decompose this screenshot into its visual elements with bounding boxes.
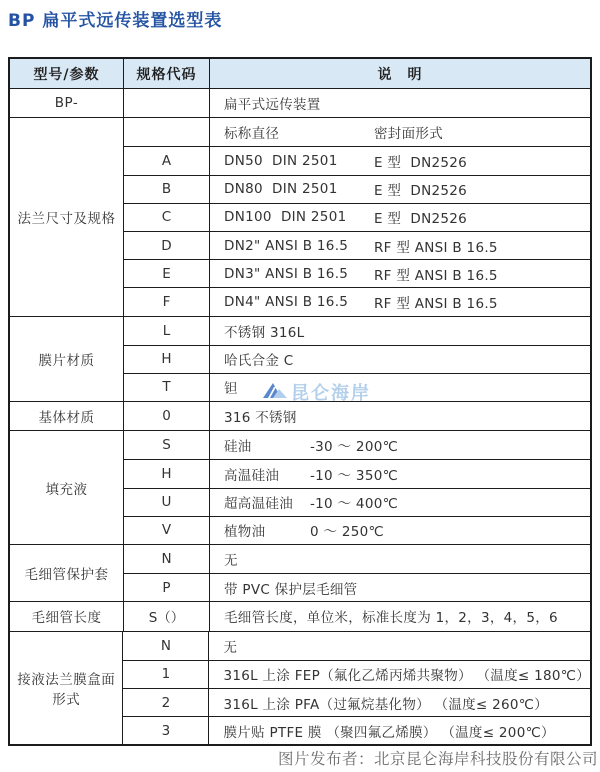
description-primary: DN80 DIN 2501 <box>224 181 374 197</box>
spec-code-cell: V <box>124 517 210 544</box>
col-header-description: 说 明 <box>210 59 590 88</box>
description-cell: 无 <box>210 545 590 573</box>
table-row: ADN50 DIN 2501E 型 DN2526 <box>124 146 590 174</box>
col-header-model-param: 型号/参数 <box>10 59 124 88</box>
spec-code-cell: P <box>124 574 210 601</box>
description-primary: 硅油 <box>224 435 310 455</box>
description-primary: DN2" ANSI B 16.5 <box>224 238 374 254</box>
table-row: H哈氏合金 C <box>124 345 590 373</box>
table-row: L不锈钢 316L <box>124 317 590 345</box>
description-primary: 毛细管长度，单位米，标准长度为 1，2，3，4，5，6 <box>224 606 558 626</box>
description-cell: 高温硅油-10 ～ 350℃ <box>210 460 590 487</box>
description-primary: DN50 DIN 2501 <box>224 153 374 169</box>
param-label: 法兰尺寸及规格 <box>10 118 124 315</box>
param-group-length: 毛细管长度S（）毛细管长度，单位米，标准长度为 1，2，3，4，5，6 <box>10 601 590 630</box>
description-primary: DN3" ANSI B 16.5 <box>224 266 374 282</box>
description-secondary: E 型 DN2526 <box>374 207 467 227</box>
table-row: H高温硅油-10 ～ 350℃ <box>124 459 590 487</box>
table-row: P带 PVC 保护层毛细管 <box>124 573 590 601</box>
spec-code-cell: E <box>124 260 210 287</box>
description-cell: DN3" ANSI B 16.5RF 型 ANSI B 16.5 <box>210 260 590 287</box>
group-rows: 0316 不锈钢 <box>124 402 590 430</box>
description-secondary: RF 型 ANSI B 16.5 <box>374 264 498 284</box>
group-rows: N无1316L 上涂 FEP（氟化乙烯丙烯共聚物） （温度≤ 180℃）2316… <box>123 632 590 745</box>
description-primary: 膜片贴 PTFE 膜 （聚四氟乙烯膜） （温度≤ 200℃） <box>223 721 554 741</box>
description-primary: 哈氏合金 C <box>224 349 294 369</box>
param-label: 膜片材质 <box>10 317 124 402</box>
spec-code-cell: L <box>124 317 210 345</box>
group-rows: 标称直径密封面形式ADN50 DIN 2501E 型 DN2526BDN80 D… <box>124 118 590 315</box>
spec-code-cell <box>124 89 210 117</box>
description-cell: 316L 上涂 PFA（过氟烷基化物） （温度≤ 260℃） <box>209 689 590 716</box>
group-rows: S（）毛细管长度，单位米，标准长度为 1，2，3，4，5，6 <box>124 602 590 630</box>
description-secondary: -10 ～ 400℃ <box>310 492 398 512</box>
param-label: BP- <box>10 89 124 117</box>
description-primary: 钽 <box>224 377 238 397</box>
description-cell: DN4" ANSI B 16.5RF 型 ANSI B 16.5 <box>210 288 590 315</box>
spec-code-cell: N <box>123 632 209 660</box>
description-secondary: -30 ～ 200℃ <box>310 435 398 455</box>
description-cell: DN50 DIN 2501E 型 DN2526 <box>210 147 590 174</box>
description-primary: 316 不锈钢 <box>224 406 297 426</box>
spec-code-cell: 1 <box>123 661 209 688</box>
spec-code-cell: U <box>124 489 210 516</box>
table-row: V植物油0 ～ 250℃ <box>124 516 590 544</box>
table-row: DDN2" ANSI B 16.5RF 型 ANSI B 16.5 <box>124 231 590 259</box>
description-cell: 带 PVC 保护层毛细管 <box>210 574 590 601</box>
description-cell: 扁平式远传装置 <box>210 89 590 117</box>
description-primary: 扁平式远传装置 <box>224 93 321 113</box>
spec-code-cell: N <box>124 545 210 573</box>
spec-code-cell: C <box>124 204 210 231</box>
table-row: T钽 <box>124 373 590 401</box>
table-row: 2316L 上涂 PFA（过氟烷基化物） （温度≤ 260℃） <box>123 688 590 716</box>
description-secondary: -10 ～ 350℃ <box>310 464 398 484</box>
spec-code-cell: T <box>124 374 210 401</box>
description-cell: 哈氏合金 C <box>210 346 590 373</box>
page: BP 扁平式远传装置选型表 型号/参数 规格代码 说 明 BP-扁平式远传装置法… <box>0 0 600 772</box>
param-group-base: 基体材质0316 不锈钢 <box>10 401 590 430</box>
description-cell: 毛细管长度，单位米，标准长度为 1，2，3，4，5，6 <box>210 602 590 630</box>
param-label: 毛细管保护套 <box>10 545 124 601</box>
table-row: U超高温硅油-10 ～ 400℃ <box>124 488 590 516</box>
description-cell: 无 <box>209 632 590 660</box>
description-cell: 316L 上涂 FEP（氟化乙烯丙烯共聚物） （温度≤ 180℃） <box>209 661 590 688</box>
description-primary: DN4" ANSI B 16.5 <box>224 294 374 310</box>
table-body: BP-扁平式远传装置法兰尺寸及规格标称直径密封面形式ADN50 DIN 2501… <box>10 89 590 744</box>
spec-code-cell: H <box>124 460 210 487</box>
description-primary: 植物油 <box>224 520 310 540</box>
description-secondary: RF 型 ANSI B 16.5 <box>374 292 498 312</box>
param-group-sleeve: 毛细管保护套N无P带 PVC 保护层毛细管 <box>10 544 590 601</box>
spec-code-cell: 2 <box>123 689 209 716</box>
description-cell: 膜片贴 PTFE 膜 （聚四氟乙烯膜） （温度≤ 200℃） <box>209 717 590 744</box>
param-group-wetted: 接液法兰膜盒面形式N无1316L 上涂 FEP（氟化乙烯丙烯共聚物） （温度≤ … <box>10 631 590 745</box>
group-rows: N无P带 PVC 保护层毛细管 <box>124 545 590 601</box>
spec-code-cell: A <box>124 147 210 174</box>
spec-code-cell: 3 <box>123 717 209 744</box>
description-cell: 不锈钢 316L <box>210 317 590 345</box>
description-secondary: 0 ～ 250℃ <box>310 520 384 540</box>
description-primary: 316L 上涂 PFA（过氟烷基化物） （温度≤ 260℃） <box>223 693 548 713</box>
spec-code-cell: S（） <box>124 602 210 630</box>
table-row: S硅油-30 ～ 200℃ <box>124 431 590 459</box>
table-row: CDN100 DIN 2501E 型 DN2526 <box>124 203 590 231</box>
description-cell: DN80 DIN 2501E 型 DN2526 <box>210 176 590 203</box>
param-group-fill: 填充液S硅油-30 ～ 200℃H高温硅油-10 ～ 350℃U超高温硅油-10… <box>10 430 590 544</box>
description-primary: 不锈钢 316L <box>224 321 304 341</box>
spec-code-cell: 0 <box>124 402 210 430</box>
table-row: EDN3" ANSI B 16.5RF 型 ANSI B 16.5 <box>124 259 590 287</box>
param-label: 接液法兰膜盒面形式 <box>10 632 123 745</box>
selection-table: 型号/参数 规格代码 说 明 BP-扁平式远传装置法兰尺寸及规格标称直径密封面形… <box>8 57 592 746</box>
description-primary: 带 PVC 保护层毛细管 <box>224 578 358 598</box>
description-cell: DN100 DIN 2501E 型 DN2526 <box>210 204 590 231</box>
group-rows: S硅油-30 ～ 200℃H高温硅油-10 ～ 350℃U超高温硅油-10 ～ … <box>124 431 590 544</box>
table-row: 标称直径密封面形式 <box>124 118 590 146</box>
page-title: BP 扁平式远传装置选型表 <box>8 6 222 31</box>
col-header-spec-code: 规格代码 <box>124 59 210 88</box>
table-row: 1316L 上涂 FEP（氟化乙烯丙烯共聚物） （温度≤ 180℃） <box>123 660 590 688</box>
table-row: N无 <box>123 632 590 660</box>
description-cell: 硅油-30 ～ 200℃ <box>210 431 590 459</box>
table-row: BDN80 DIN 2501E 型 DN2526 <box>124 175 590 203</box>
param-group-diaphragm: 膜片材质L不锈钢 316LH哈氏合金 CT钽 <box>10 316 590 402</box>
description-cell: 超高温硅油-10 ～ 400℃ <box>210 489 590 516</box>
spec-code-cell <box>124 118 210 146</box>
description-primary: 超高温硅油 <box>224 492 310 512</box>
spec-code-cell: B <box>124 176 210 203</box>
group-rows: L不锈钢 316LH哈氏合金 CT钽 <box>124 317 590 402</box>
description-cell: DN2" ANSI B 16.5RF 型 ANSI B 16.5 <box>210 232 590 259</box>
description-secondary: E 型 DN2526 <box>374 151 467 171</box>
description-cell: 植物油0 ～ 250℃ <box>210 517 590 544</box>
spec-code-cell: F <box>124 288 210 315</box>
param-label: 填充液 <box>10 431 124 544</box>
table-row: N无 <box>124 545 590 573</box>
description-secondary: RF 型 ANSI B 16.5 <box>374 236 498 256</box>
table-row: S（）毛细管长度，单位米，标准长度为 1，2，3，4，5，6 <box>124 602 590 630</box>
param-label: 基体材质 <box>10 402 124 430</box>
param-group-flange: 法兰尺寸及规格标称直径密封面形式ADN50 DIN 2501E 型 DN2526… <box>10 117 590 315</box>
description-cell: 316 不锈钢 <box>210 402 590 430</box>
table-row: 3膜片贴 PTFE 膜 （聚四氟乙烯膜） （温度≤ 200℃） <box>123 716 590 744</box>
spec-code-cell: D <box>124 232 210 259</box>
param-label: 毛细管长度 <box>10 602 124 630</box>
table-row: 0316 不锈钢 <box>124 402 590 430</box>
description-secondary: 密封面形式 <box>374 122 443 142</box>
group-rows: 扁平式远传装置 <box>124 89 590 117</box>
description-primary: 无 <box>224 549 238 569</box>
description-primary: 316L 上涂 FEP（氟化乙烯丙烯共聚物） （温度≤ 180℃） <box>223 664 590 684</box>
spec-code-cell: H <box>124 346 210 373</box>
param-group-bp: BP-扁平式远传装置 <box>10 89 590 117</box>
table-row: FDN4" ANSI B 16.5RF 型 ANSI B 16.5 <box>124 287 590 315</box>
description-cell: 标称直径密封面形式 <box>210 118 590 146</box>
table-row: 扁平式远传装置 <box>124 89 590 117</box>
description-cell: 钽 <box>210 374 590 401</box>
description-primary: 高温硅油 <box>224 464 310 484</box>
table-header-row: 型号/参数 规格代码 说 明 <box>10 59 590 89</box>
publisher-watermark: 图片发布者：北京昆仑海岸科技股份有限公司 <box>278 747 598 769</box>
description-primary: 无 <box>223 636 237 656</box>
spec-code-cell: S <box>124 431 210 459</box>
description-primary: 标称直径 <box>224 122 374 142</box>
description-secondary: E 型 DN2526 <box>374 179 467 199</box>
description-primary: DN100 DIN 2501 <box>224 209 374 225</box>
